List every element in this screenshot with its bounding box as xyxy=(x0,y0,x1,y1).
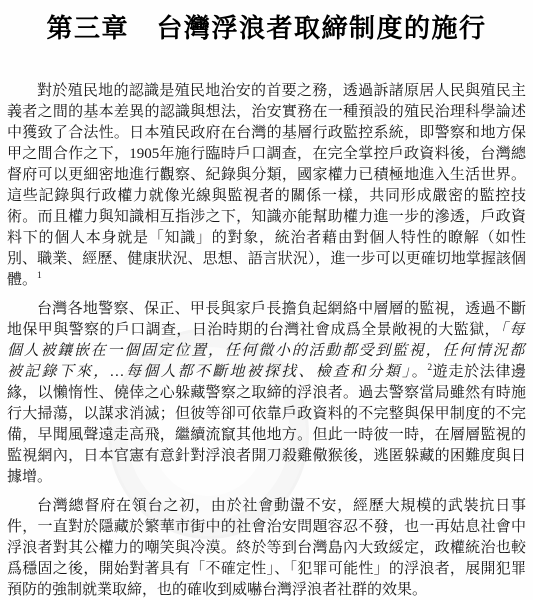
text-segment: 遊走於法律邊緣，以懶惰性、僥倖之心躲藏警察之取締的浮浪者。過去警察當局雖然有時施… xyxy=(7,364,526,485)
chapter-title: 第三章 台灣浮浪者取締制度的施行 xyxy=(7,8,526,45)
paragraph-3: 台灣總督府在領台之初，由於社會動盪不安，經歷大規模的武裝抗日事件，一直對於隱藏於… xyxy=(7,496,526,600)
text-segment: 對於殖民地的認識是殖民地治安的首要之務，透過訴諸原居人民與殖民主義者之間的基本差… xyxy=(7,83,526,288)
footnote-ref: 1 xyxy=(37,271,42,281)
text-segment: 。 xyxy=(412,364,428,380)
document-body: 對於殖民地的認識是殖民地治安的首要之務，透過訴諸原居人民與殖民主義者之間的基本差… xyxy=(7,81,526,600)
document-page: 第三章 台灣浮浪者取締制度的施行 對於殖民地的認識是殖民地治安的首要之務，透過訴… xyxy=(0,0,533,600)
paragraph-1: 對於殖民地的認識是殖民地治安的首要之務，透過訴諸原居人民與殖民主義者之間的基本差… xyxy=(7,81,526,291)
text-segment: 台灣各地警察、保正、甲長與家戶長擔負起網絡中層層的監視，透過不斷地保甲與警察的戶… xyxy=(7,301,526,338)
text-segment: 台灣總督府在領台之初，由於社會動盪不安，經歷大規模的武裝抗日事件，一直對於隱藏於… xyxy=(7,498,526,598)
paragraph-2: 台灣各地警察、保正、甲長與家戶長擔負起網絡中層層的監視，透過不斷地保甲與警察的戶… xyxy=(7,299,526,488)
